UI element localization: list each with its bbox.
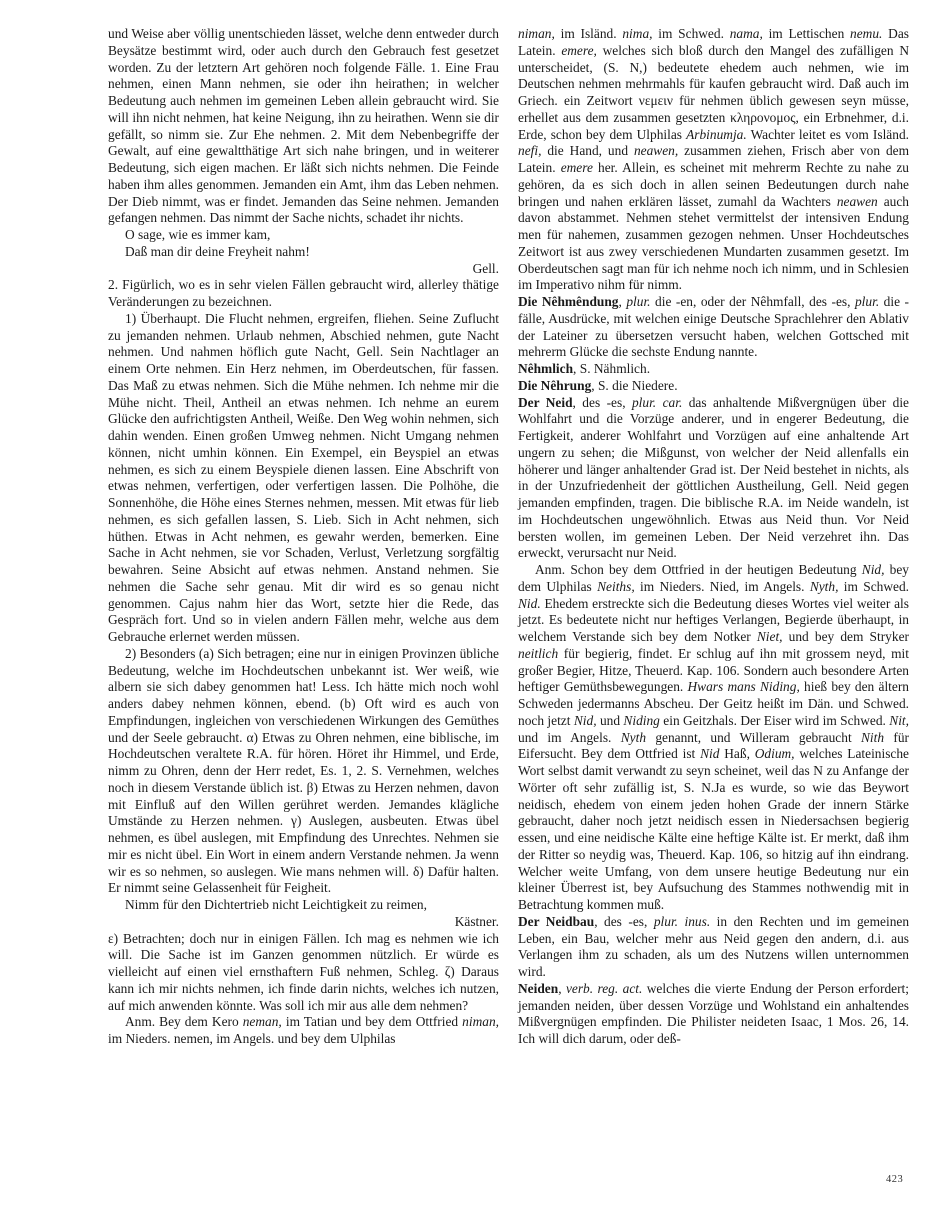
italic-term: emere (561, 160, 593, 175)
entry-headword: Der Neid (518, 395, 573, 410)
text-run: im Schwed. (838, 579, 909, 594)
text-run: das anhaltende Mißvergnügen über die Woh… (518, 395, 909, 561)
text-run: und (597, 713, 624, 728)
italic-term: Arbinumja. (686, 127, 747, 142)
dictionary-entry: Nêhmlich, S. Nähmlich. (518, 361, 909, 378)
entry-headword: Die Nêhmêndung (518, 294, 618, 309)
text-run: die -en, oder der Nêhmfall, des -es, (651, 294, 855, 309)
text-run: Anm. Bey dem Kero (125, 1014, 243, 1029)
dictionary-entry: Die Nêhmêndung, plur. die -en, oder der … (518, 294, 909, 361)
text-run: , (558, 981, 566, 996)
text-run: die Hand, und (541, 143, 634, 158)
text-run: , S. Nähmlich. (573, 361, 650, 376)
text-run: genannt, und Willeram gebraucht (646, 730, 861, 745)
verse-line: Daß man dir deine Freyheit nahm! (108, 244, 499, 261)
quote-attribution: Gell. (108, 261, 499, 278)
italic-term: plur. car. (632, 395, 682, 410)
entry-headword: Der Neidbau (518, 914, 594, 929)
italic-term: verb. reg. act. (566, 981, 642, 996)
paragraph: ε) Betrachten; doch nur in einigen Fälle… (108, 931, 499, 1015)
dictionary-entry: Der Neid, des -es, plur. car. das anhalt… (518, 395, 909, 563)
text-run: und Weise aber völlig unentschieden läss… (108, 26, 499, 225)
italic-term: plur. (626, 294, 650, 309)
paragraph: niman, im Isländ. nima, im Schwed. nama,… (518, 26, 909, 294)
paragraph: Anm. Bey dem Kero neman, im Tatian und b… (108, 1014, 499, 1048)
text-run: 2) Besonders (a) Sich betragen; eine nur… (108, 646, 499, 896)
italic-term: Nith (861, 730, 884, 745)
italic-term: niman, (462, 1014, 499, 1029)
italic-term: Nid (700, 746, 719, 761)
text-run: ε) Betrachten; doch nur in einigen Fälle… (108, 931, 499, 1013)
italic-term: Neiths, (597, 579, 635, 594)
italic-term: nima, (622, 26, 652, 41)
paragraph: und Weise aber völlig unentschieden läss… (108, 26, 499, 227)
italic-term: Niet, (757, 629, 783, 644)
text-run: 1) Überhaupt. Die Flucht nehmen, ergreif… (108, 311, 499, 644)
page-number: 423 (886, 1174, 903, 1185)
entry-headword: Nêhmlich (518, 361, 573, 376)
text-run: , des -es, (594, 914, 654, 929)
entry-headword: Die Nêhrung (518, 378, 591, 393)
italic-term: Nid. (518, 596, 541, 611)
italic-term: neman, (243, 1014, 282, 1029)
dictionary-entry: Der Neidbau, des -es, plur. inus. in den… (518, 914, 909, 981)
text-run: ein Geitzhals. Der Eiser wird im Schwed. (660, 713, 889, 728)
italic-term: Nyth (621, 730, 646, 745)
text-run: im Nieders. nemen, im Angels. und bey de… (108, 1031, 395, 1046)
paragraph: 2) Besonders (a) Sich betragen; eine nur… (108, 646, 499, 897)
italic-term: neitlich (518, 646, 558, 661)
italic-term: nefi, (518, 143, 541, 158)
italic-term: plur. inus. (654, 914, 710, 929)
text-run: , des -es, (573, 395, 632, 410)
italic-term: Nyth, (810, 579, 839, 594)
text-run: 2. Figürlich, wo es in sehr vielen Fälle… (108, 277, 499, 309)
dictionary-entry: Neiden, verb. reg. act. welches die vier… (518, 981, 909, 1048)
italic-term: Odium, (755, 746, 795, 761)
text-run: Anm. Schon bey dem Ottfried in der heuti… (535, 562, 862, 577)
text-run: im Schwed. (653, 26, 730, 41)
italic-term: nama, (730, 26, 763, 41)
italic-term: Nit, (889, 713, 909, 728)
left-column: und Weise aber völlig unentschieden läss… (108, 26, 499, 1048)
dictionary-entry: Die Nêhrung, S. die Niedere. (518, 378, 909, 395)
paragraph: Anm. Schon bey dem Ottfried in der heuti… (518, 562, 909, 914)
italic-term: neawen (837, 194, 878, 209)
quote-attribution: Kästner. (108, 914, 499, 931)
italic-term: niman, (518, 26, 555, 41)
entry-headword: Neiden (518, 981, 558, 996)
text-run: Wachter leitet es vom Isländ. (747, 127, 909, 142)
text-run: , S. die Niedere. (591, 378, 677, 393)
text-run: im Isländ. (555, 26, 623, 41)
italic-term: neawen, (634, 143, 678, 158)
text-run: welches Lateinische Wort selbst damit ve… (518, 746, 909, 912)
paragraph: 1) Überhaupt. Die Flucht nehmen, ergreif… (108, 311, 499, 646)
italic-term: emere, (561, 43, 597, 58)
italic-term: Hwars mans Niding, (688, 679, 800, 694)
text-run: und bey dem Stryker (783, 629, 909, 644)
italic-term: Niding (623, 713, 659, 728)
italic-term: Nid, (862, 562, 885, 577)
verse-line: Nimm für den Dichtertrieb nicht Leichtig… (108, 897, 499, 914)
text-run: und im Angels. (518, 730, 621, 745)
text-run: im Lettischen (763, 26, 850, 41)
paragraph: 2. Figürlich, wo es in sehr vielen Fälle… (108, 277, 499, 311)
verse-line: O sage, wie es immer kam, (108, 227, 499, 244)
italic-term: plur. (855, 294, 879, 309)
italic-term: Nid, (574, 713, 597, 728)
italic-term: nemu. (850, 26, 882, 41)
text-run: im Nieders. Nied, im Angels. (635, 579, 810, 594)
text-run: Haß, (719, 746, 754, 761)
text-run: im Tatian und bey dem Ottfried (282, 1014, 462, 1029)
right-column: niman, im Isländ. nima, im Schwed. nama,… (518, 26, 909, 1048)
